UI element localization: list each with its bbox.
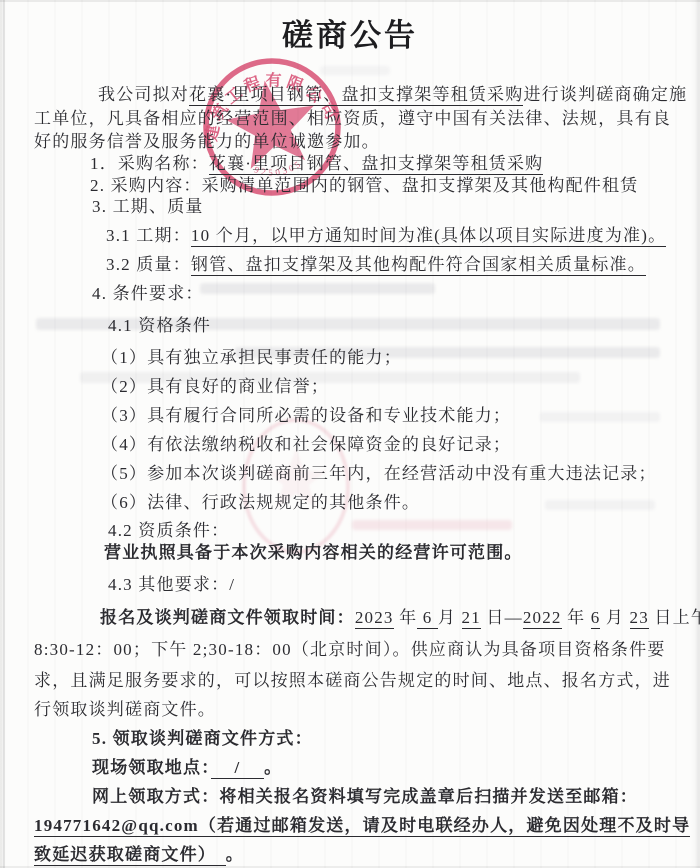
scanned-announcement-page: 磋商公告 建筑工程有限公司 9250305 我公司拟对花襄·里项目钢管、盘扣支撑… [0, 0, 700, 868]
item-2-procurement-content: 2. 采购内容：采购清单范围内的钢管、盘扣支撑架及其他构配件租赁 [90, 175, 638, 197]
email-line: 194771642@qq.com（若通过邮箱发送，请及时电联经办人，避免因处理不… [34, 815, 690, 837]
license-requirement: 营业执照具备于本次采购内容相关的经营许可范围。 [104, 542, 523, 564]
email-address: 194771642@qq.com（若通过邮箱发送，请及时电联经办人，避免因处理不… [34, 816, 690, 837]
condition-4: （4）有依法缴纳税收和社会保障资金的良好记录； [101, 434, 511, 456]
page-title: 磋商公告 [0, 10, 700, 55]
signup-time-line-2: 8:30-12：00；下午 2;30-18：00（北京时间）。供应商认为具备项目… [34, 639, 666, 661]
item-3-heading: 3. 工期、质量 [92, 196, 204, 218]
condition-1: （1）具有独立承担民事责任的能力； [101, 347, 402, 369]
onsite-pickup-line: 现场领取地点： / 。 [92, 757, 282, 779]
blank-slash-field: / [211, 758, 264, 779]
item-3-1-duration: 3.1 工期：10 个月，以甲方通知时间为准(具体以项目实际进度为准)。 [106, 225, 666, 247]
intro-line-3: 好的服务信誉及服务能力的单位诚邀参加。 [34, 131, 380, 153]
intro-line-1: 我公司拟对花襄·里项目钢管、盘扣支撑架等租赁采购进行谈判磋商确定施 [98, 84, 687, 106]
item-4-1-heading: 4.1 资格条件 [108, 315, 211, 337]
item-4-heading: 4. 条件要求： [92, 283, 204, 305]
item-3-2-quality: 3.2 质量：钢管、盘扣支撑架及其他构配件符合国家相关质量标准。 [106, 254, 646, 276]
condition-3: （3）具有履行合同所必需的设备和专业技术能力； [101, 405, 511, 427]
signup-time-line-1: 报名及谈判磋商文件领取时间：2023 年 6 月 21 日—2022 年 6 月… [100, 607, 700, 629]
condition-6: （6）法律、行政法规规定的其他条件。 [101, 492, 420, 514]
condition-2: （2）具有良好的商业信誉； [101, 376, 329, 398]
signup-time-line-3: 求，且满足服务要求的，可以按照本磋商公告规定的时间、地点、报名方式，进 [34, 670, 671, 692]
online-pickup-line: 网上领取方式：将相关报名资料填写完成盖章后扫描并发送至邮箱： [92, 786, 638, 808]
bleed-through-artifact [352, 520, 512, 530]
underlined-project-name: 花襄·里项目钢管、盘扣支撑架等租赁采购 [189, 85, 523, 106]
item-4-2-heading: 4.2 资质条件： [108, 520, 229, 542]
condition-5: （5）参加本次谈判磋商前三年内，在经营活动中没有重大违法记录； [101, 463, 657, 485]
intro-line-2: 工单位，凡具备相应的经营范围、相应资质，遵守中国有关法律、法规，具有良 [34, 108, 671, 130]
bleed-through-artifact [545, 500, 655, 510]
bleed-through-artifact [540, 412, 660, 422]
item-4-3-heading: 4.3 其他要求：/ [108, 574, 235, 596]
item-5-heading: 5. 领取谈判磋商文件方式： [92, 728, 313, 750]
signup-time-line-4: 行领取谈判磋商文件。 [34, 699, 216, 721]
bleed-through-artifact [320, 66, 390, 75]
item-1-procurement-name: 1．采购名称：花襄·里项目钢管、盘扣支撑架等租赁采购 [90, 153, 543, 175]
scan-edge-left [3, 0, 5, 868]
last-line: 致延迟获取磋商文件） 。 [34, 844, 244, 866]
scan-edge-top [0, 0, 700, 2]
bleed-through-artifact [200, 283, 435, 294]
